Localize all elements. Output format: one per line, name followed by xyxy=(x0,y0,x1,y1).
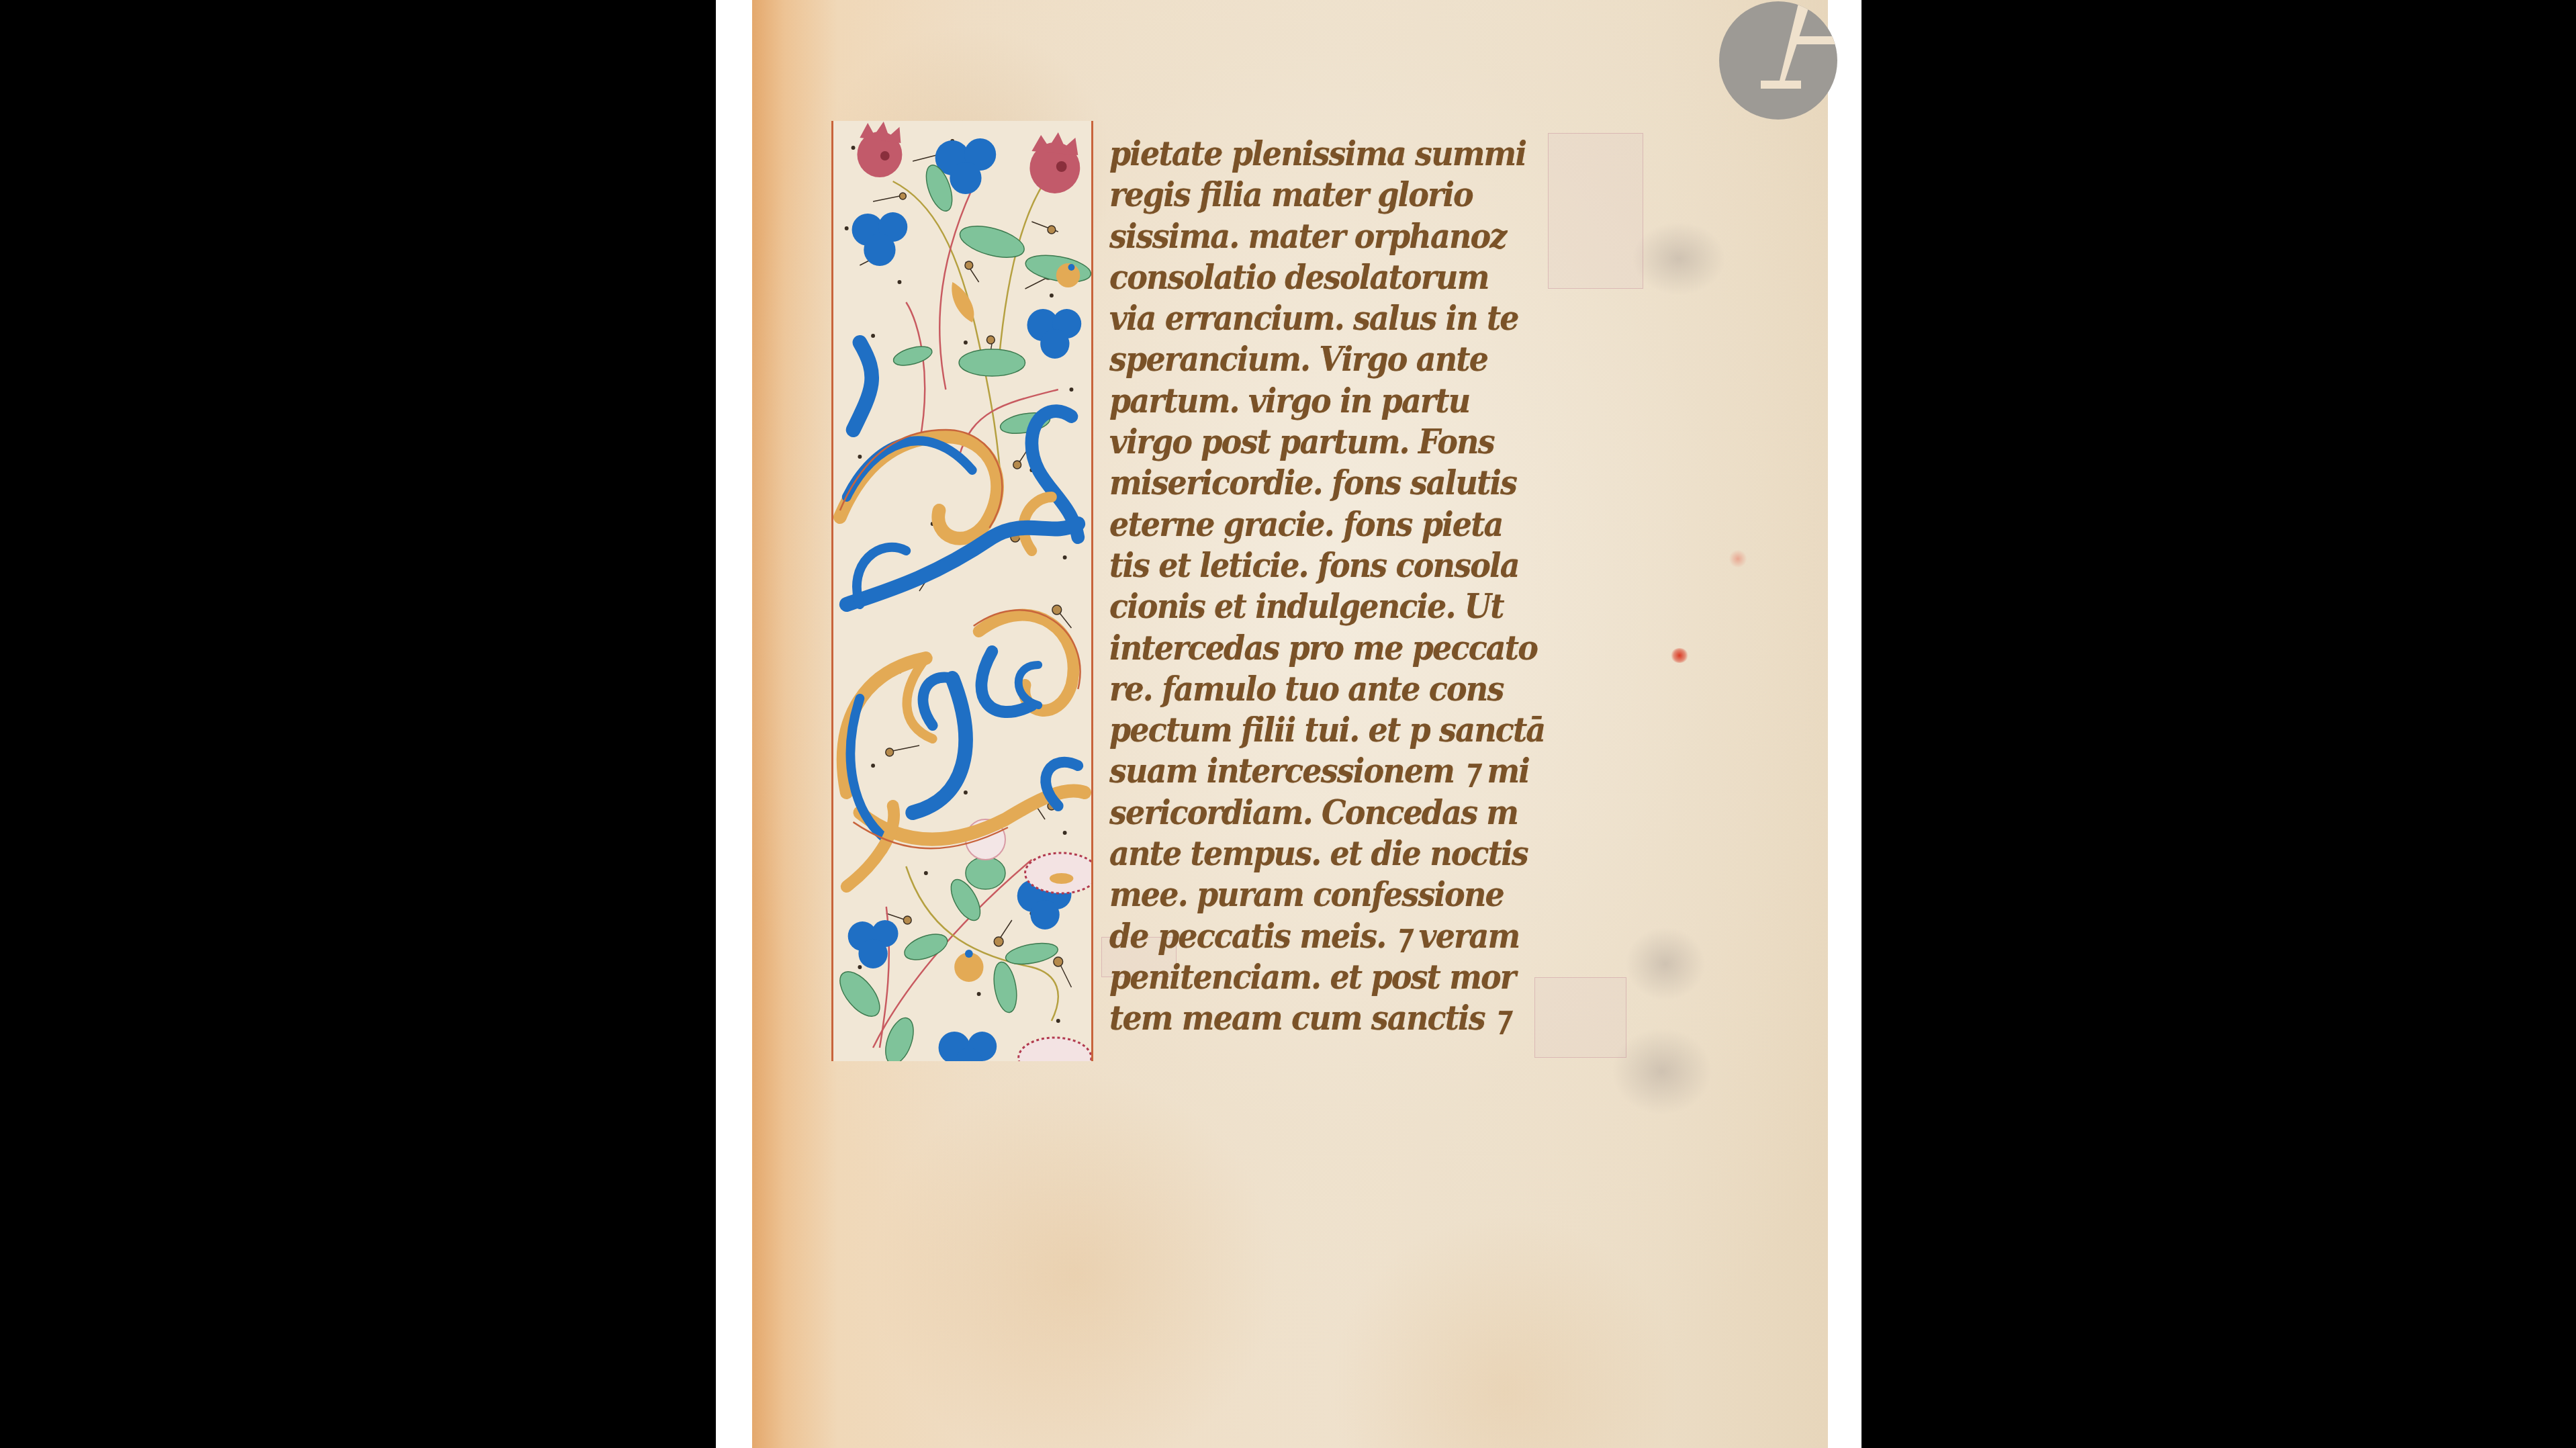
text-line: sperancium. Virgo ante xyxy=(1109,338,1604,379)
offset-stain xyxy=(1612,1028,1712,1115)
manuscript-text: pietate plenissima summi regis filia mat… xyxy=(1109,133,1647,1039)
text-line: tis et leticie. fons consola xyxy=(1109,545,1604,586)
text-line: de peccatis meis. ⁊ veram xyxy=(1109,915,1604,956)
red-pigment-spot xyxy=(1729,549,1747,568)
text-line: eterne gracie. fons pieta xyxy=(1109,504,1604,545)
text-line: ante tempus. et die noctis xyxy=(1109,833,1604,874)
text-line: sericordiam. Concedas m xyxy=(1109,792,1604,833)
floral-border-art-icon xyxy=(833,121,1091,1061)
text-line: tem meam cum sanctis ⁊ xyxy=(1109,997,1604,1038)
red-pigment-spot xyxy=(1671,648,1688,663)
text-line: penitenciam. et post mor xyxy=(1109,956,1604,997)
text-line: via errancium. salus in te xyxy=(1109,298,1604,338)
auction-house-logo-icon xyxy=(1719,1,1837,120)
text-line: pectum filii tui. et p sanctā xyxy=(1109,709,1604,750)
floral-border xyxy=(831,121,1093,1061)
text-line: pietate plenissima summi xyxy=(1109,133,1604,174)
text-line: intercedas pro me peccato xyxy=(1109,627,1604,668)
text-line: mee. puram confessione xyxy=(1109,874,1604,915)
text-line: regis filia mater glorio xyxy=(1109,174,1604,215)
text-line: consolatio desolatorum xyxy=(1109,257,1604,298)
text-line: re. famulo tuo ante cons xyxy=(1109,668,1604,709)
text-line: sissima. mater orphanoz xyxy=(1109,216,1604,257)
text-line: virgo post partum. Fons xyxy=(1109,421,1604,462)
text-line: misericordie. fons salutis xyxy=(1109,462,1604,503)
text-line: cionis et indulgencie. Ut xyxy=(1109,586,1604,627)
text-line: partum. virgo in partu xyxy=(1109,380,1604,421)
text-line: suam intercessionem ⁊ mi xyxy=(1109,750,1604,791)
